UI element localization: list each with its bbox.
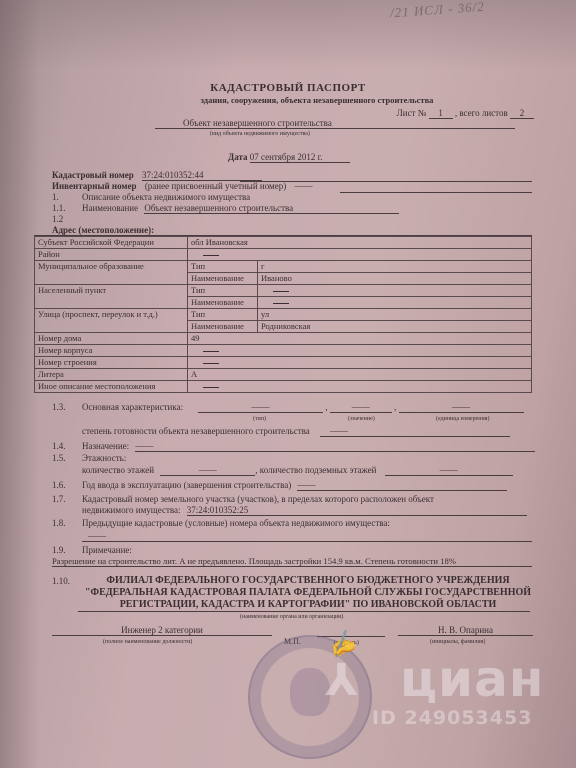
floors-value: —— [160, 465, 255, 476]
main-characteristic-value: —— [330, 402, 392, 413]
table-row: ЛитераА [35, 369, 532, 381]
org-caption: (наименование органа или организации) [240, 614, 343, 620]
main-characteristic-unit: —— [399, 402, 524, 413]
table-row: Район [35, 249, 532, 261]
watermark-brand: циан [400, 650, 544, 708]
table-row: Номер корпуса [35, 345, 532, 357]
watermark-id: ID 249053453 [372, 707, 532, 729]
table-row: Иное описание местоположения [35, 381, 532, 393]
table-row: Населенный пунктТип [35, 285, 532, 297]
table-row: Номер строения [35, 357, 532, 369]
cadastral-number-row: Кадастровый номер 37:24:010352:44 [52, 170, 262, 181]
document-title: КАДАСТРОВЫЙ ПАСПОРТ [0, 82, 576, 94]
table-row: Субъект Российской Федерацииобл Ивановск… [35, 237, 532, 249]
object-type: Объект незавершенного строительства [155, 118, 515, 129]
sheet-label: Лист № [397, 108, 427, 118]
photo-shadow-top [0, 0, 576, 70]
table-row: Улица (проспект, переулок и т.д.)Типул [35, 309, 532, 321]
item-1-9: 1.9.Примечание: [52, 545, 132, 555]
item-1-1-value: Объект незавершенного строительства [144, 203, 399, 214]
commission-year-value: —— [297, 480, 507, 491]
name-caption: (инициалы, фамилия) [430, 639, 485, 645]
table-row: Номер дома49 [35, 333, 532, 345]
empty-dash [203, 255, 219, 256]
item-1-5: 1.5.Этажность: [52, 453, 126, 463]
land-cadastral-number: 37:24:010352:25 [187, 505, 527, 516]
org-line-2: "ФЕДЕРАЛЬНАЯ КАДАСТРОВАЯ ПАЛАТА ФЕДЕРАЛЬ… [0, 587, 576, 599]
underground-floors-value: —— [385, 465, 513, 476]
purpose-value: —— [135, 441, 535, 452]
date-value: 07 сентября 2012 г. [250, 152, 350, 163]
table-row: Муниципальное образованиеТипг [35, 261, 532, 273]
item-1-8: 1.8.Предыдущие кадастровые (условные) но… [52, 518, 390, 528]
item-1-6: 1.6.Год ввода в эксплуатацию (завершения… [52, 480, 507, 491]
item-1-1: 1.1.Наименование Объект незавершенного с… [52, 203, 399, 214]
signer-name: Н. В. Опарина [398, 625, 533, 636]
item-1-2: 1.2 [52, 214, 63, 224]
previous-numbers-value: —— [82, 531, 532, 542]
inventory-number-value: —— [295, 181, 313, 191]
note-value: Разрешение на строительство лит. А не пр… [52, 556, 532, 567]
readiness-value: —— [320, 426, 510, 437]
org-line-3: РЕГИСТРАЦИИ, КАДАСТРА И КАРТОГРАФИИ" ПО … [0, 599, 576, 611]
main-characteristic-type: —— [198, 402, 323, 413]
cadastral-number-value: 37:24:010352:44 [142, 170, 262, 181]
floors-row: количество этажей ——, количество подземн… [82, 465, 513, 476]
document-date: Дата 07 сентября 2012 г. [228, 152, 350, 163]
cadastral-number-label: Кадастровый номер [52, 170, 134, 180]
date-label: Дата [228, 152, 248, 162]
item-1-7: 1.7.Кадастровый номер земельного участка… [52, 494, 434, 504]
section-1-heading: 1.Описание объекта недвижимого имущества [52, 192, 250, 202]
document-subtitle: здания, сооружения, объекта незавершенно… [0, 95, 576, 105]
address-table: Субъект Российской Федерацииобл Ивановск… [34, 236, 532, 393]
readiness-row: степень готовности объекта незавершенног… [82, 426, 510, 437]
position-caption: (полное наименование должности) [103, 639, 192, 645]
inventory-number-label: Инвентарный номер [52, 181, 137, 191]
coat-of-arms-icon [290, 668, 330, 716]
object-type-caption: (вид объекта недвижимого имущества) [210, 131, 310, 137]
cian-logo-icon: ⅄ [325, 655, 358, 706]
inventory-number-row: Инвентарный номер (ранее присвоенный уче… [52, 181, 313, 191]
item-1-1-label: Наименование [82, 203, 138, 213]
item-1-4: 1.4.Назначение: —— [52, 441, 535, 452]
signer-position: Инженер 2 категории [52, 625, 272, 636]
item-1-3: 1.3.Основная характеристика: [52, 402, 183, 412]
inventory-number-note: (ранее присвоенный учетный номер) [145, 181, 286, 191]
org-line-1: ФИЛИАЛ ФЕДЕРАЛЬНОГО ГОСУДАРСТВЕННОГО БЮД… [0, 575, 576, 587]
address-heading: Адрес (местоположение): [52, 225, 154, 235]
sheets-total-label: , всего листов [455, 108, 508, 118]
